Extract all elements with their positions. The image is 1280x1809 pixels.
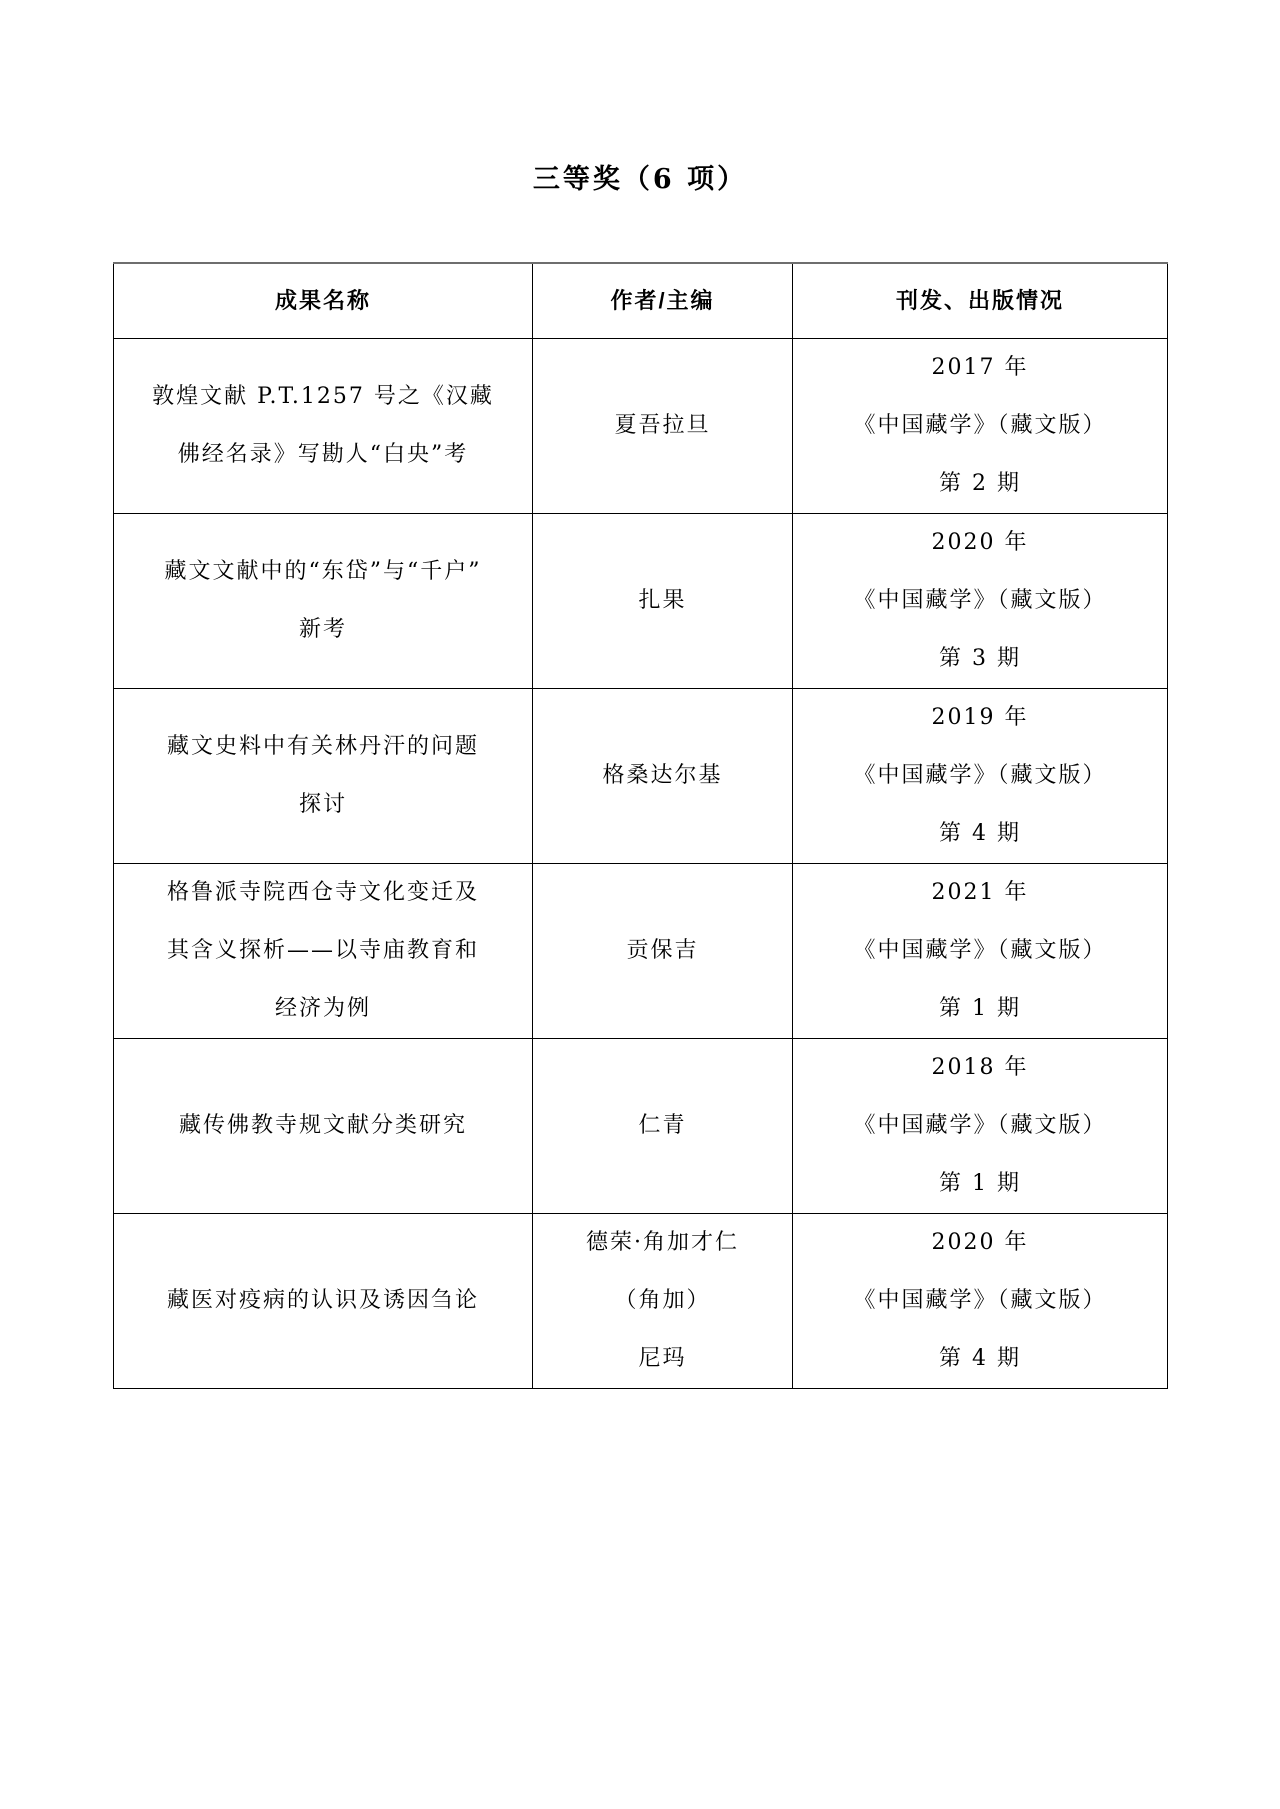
publication-cell: 2020 年 《中国藏学》（藏文版） 第 3 期 [793,514,1168,689]
publication-cell: 2021 年 《中国藏学》（藏文版） 第 1 期 [793,864,1168,1039]
document-page: 三等奖（6 项） 成果名称 作者/主编 刊发、出版情况 敦煌文献 P.T.125… [0,0,1280,1809]
author-cell: 夏吾拉旦 [533,339,793,514]
achievement-name-cell: 敦煌文献 P.T.1257 号之《汉藏 佛经名录》写勘人“白央”考 [114,339,533,514]
achievement-name-cell: 藏文史料中有关林丹汗的问题 探讨 [114,689,533,864]
table-row: 敦煌文献 P.T.1257 号之《汉藏 佛经名录》写勘人“白央”考 夏吾拉旦 2… [114,339,1168,514]
table-header-row: 成果名称 作者/主编 刊发、出版情况 [114,263,1168,339]
author-cell: 扎果 [533,514,793,689]
table-row: 藏文文献中的“东岱”与“千户” 新考 扎果 2020 年 《中国藏学》（藏文版）… [114,514,1168,689]
publication-cell: 2017 年 《中国藏学》（藏文版） 第 2 期 [793,339,1168,514]
achievement-name-cell: 藏医对疫病的认识及诱因刍论 [114,1214,533,1389]
author-cell: 贡保吉 [533,864,793,1039]
table-row: 格鲁派寺院西仓寺文化变迁及 其含义探析——以寺庙教育和 经济为例 贡保吉 202… [114,864,1168,1039]
awards-table: 成果名称 作者/主编 刊发、出版情况 敦煌文献 P.T.1257 号之《汉藏 佛… [113,262,1168,1389]
table-row: 藏文史料中有关林丹汗的问题 探讨 格桑达尔基 2019 年 《中国藏学》（藏文版… [114,689,1168,864]
publication-cell: 2020 年 《中国藏学》（藏文版） 第 4 期 [793,1214,1168,1389]
publication-cell: 2019 年 《中国藏学》（藏文版） 第 4 期 [793,689,1168,864]
table-row: 藏传佛教寺规文献分类研究 仁青 2018 年 《中国藏学》（藏文版） 第 1 期 [114,1039,1168,1214]
author-cell: 格桑达尔基 [533,689,793,864]
page-title: 三等奖（6 项） [0,0,1280,200]
header-author-editor: 作者/主编 [533,263,793,339]
author-cell: 仁青 [533,1039,793,1214]
achievement-name-cell: 格鲁派寺院西仓寺文化变迁及 其含义探析——以寺庙教育和 经济为例 [114,864,533,1039]
header-achievement-name: 成果名称 [114,263,533,339]
publication-cell: 2018 年 《中国藏学》（藏文版） 第 1 期 [793,1039,1168,1214]
achievement-name-cell: 藏文文献中的“东岱”与“千户” 新考 [114,514,533,689]
header-publication-status: 刊发、出版情况 [793,263,1168,339]
achievement-name-cell: 藏传佛教寺规文献分类研究 [114,1039,533,1214]
author-cell: 德荣·角加才仁 （角加） 尼玛 [533,1214,793,1389]
table-row: 藏医对疫病的认识及诱因刍论 德荣·角加才仁 （角加） 尼玛 2020 年 《中国… [114,1214,1168,1389]
